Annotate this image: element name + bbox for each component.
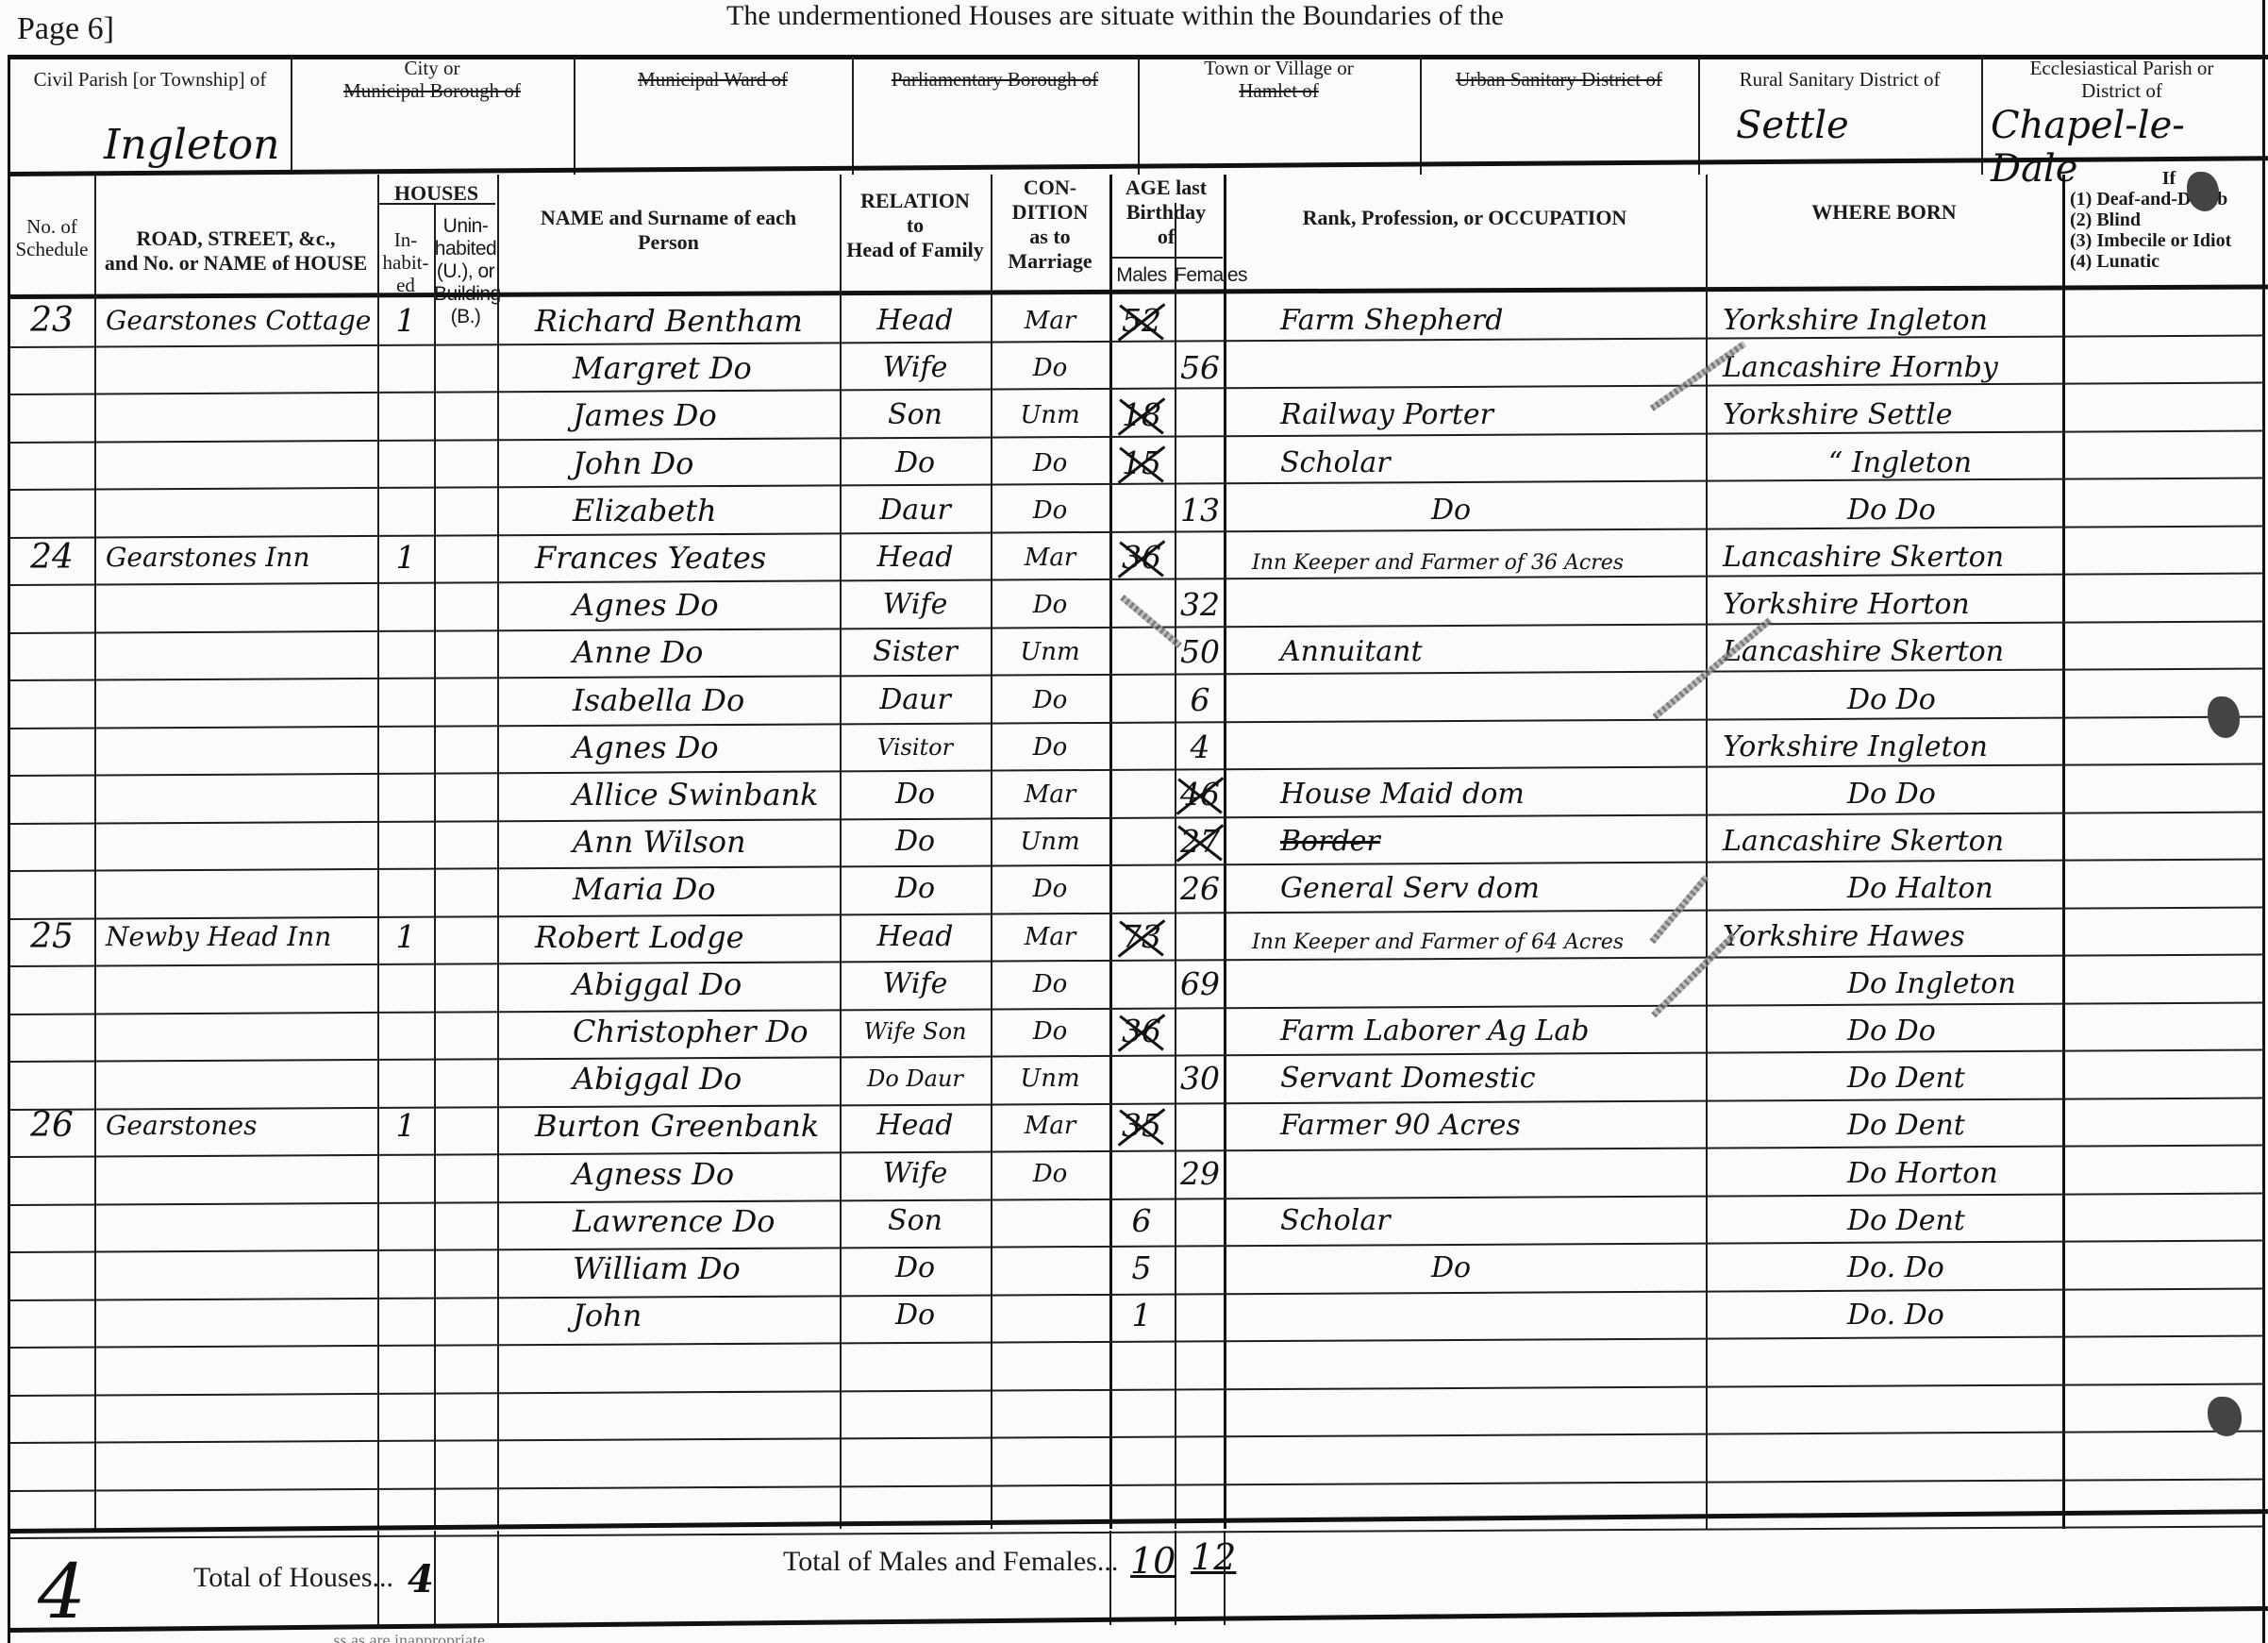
birthplace: Do Dent (1847, 1107, 1965, 1145)
col-header-where-born: WHERE BORN (1706, 200, 2062, 225)
person-name: Lawrence Do (573, 1202, 775, 1240)
district-label: Hamlet of (1138, 79, 1420, 102)
house-name: Gearstones (106, 1107, 257, 1145)
birthplace: Lancashire Skerton (1723, 539, 2004, 577)
birthplace: Do Dent (1847, 1060, 1965, 1098)
col-header-males: Males (1109, 264, 1174, 287)
marital-condition: Mar (991, 539, 1109, 577)
male-age: 15 (1109, 444, 1174, 482)
occupation: Scholar (1280, 1202, 1391, 1240)
relation-to-head: Do Daur (840, 1060, 991, 1098)
schedule-number: 24 (9, 539, 94, 577)
relation-to-head: Do (840, 1249, 991, 1287)
relation-to-head: Head (840, 918, 991, 956)
relation-to-head: Sister (840, 633, 991, 671)
birthplace: Do Dent (1847, 1202, 1965, 1240)
col-header-schedule: No. ofSchedule (9, 215, 94, 260)
col-header-relation: RELATIONtoHead of Family (840, 189, 991, 262)
totals-top-rule (8, 1509, 2268, 1534)
totals-column-rule (434, 1531, 436, 1625)
inhabited-count: 1 (377, 302, 434, 340)
birthplace: Do Do (1847, 681, 1936, 719)
birthplace: Yorkshire Ingleton (1723, 302, 1988, 340)
relation-to-head: Son (840, 1202, 991, 1240)
marital-condition: Do (991, 729, 1109, 766)
person-name: Margret Do (573, 349, 752, 387)
person-name: Allice Swinbank (573, 776, 819, 813)
person-name: James Do (573, 396, 717, 434)
col-header-females: Females (1175, 264, 1226, 287)
person-name: Agnes Do (573, 729, 719, 766)
birthplace: Do. Do (1847, 1297, 1944, 1334)
person-name: Anne Do (573, 633, 703, 671)
district-field: Rural Sanitary District of (1698, 57, 1981, 91)
male-age: 36 (1109, 1013, 1174, 1050)
district-label-top: Town or Village or (1138, 57, 1420, 79)
relation-to-head: Wife (840, 965, 991, 1003)
occupation: Annuitant (1280, 633, 1423, 671)
inhabited-count: 1 (377, 1107, 434, 1145)
male-age: 52 (1109, 302, 1174, 340)
person-name: Burton Greenbank (535, 1107, 819, 1145)
relation-to-head: Do (840, 444, 991, 482)
marital-condition: Do (991, 444, 1109, 482)
person-name: Frances Yeates (535, 539, 766, 577)
house-name: Gearstones Cottage (106, 302, 371, 340)
person-name: Agnes Do (573, 586, 719, 624)
district-label: District of (1981, 79, 2262, 102)
person-name: Elizabeth (573, 492, 717, 529)
totals-column-rule (497, 1531, 499, 1625)
birthplace: Lancashire Skerton (1723, 823, 2004, 861)
header-subrule (1109, 257, 1223, 259)
district-label-top: City or (291, 57, 574, 79)
relation-to-head: Head (840, 1107, 991, 1145)
relation-to-head: Do (840, 1297, 991, 1334)
person-name: William Do (573, 1249, 741, 1287)
birthplace: Do Ingleton (1847, 965, 2016, 1003)
person-name: John Do (573, 444, 693, 482)
occupation: Farm Shepherd (1280, 302, 1503, 340)
margin-tally-mark: 4 (38, 1548, 86, 1635)
total-females-value: 12 (1191, 1536, 1236, 1578)
marital-condition: Do (991, 586, 1109, 624)
district-field: Ecclesiastical Parish orDistrict of (1981, 57, 2262, 102)
relation-to-head: Do (840, 823, 991, 861)
marital-condition: Mar (991, 1107, 1109, 1145)
relation-to-head: Wife (840, 349, 991, 387)
marital-condition: Unm (991, 633, 1109, 671)
female-age: 27 (1175, 823, 1226, 861)
schedule-number: 25 (9, 918, 94, 956)
row-rule (9, 1430, 2262, 1444)
marital-condition: Unm (991, 396, 1109, 434)
relation-to-head: Do (840, 776, 991, 813)
occupation: Inn Keeper and Farmer of 64 Acres (1252, 924, 1624, 962)
person-name: Abiggal Do (573, 1060, 742, 1098)
page-number-label: Page 6] (17, 11, 114, 47)
person-name: Agness Do (573, 1155, 734, 1193)
person-name: Robert Lodge (535, 918, 744, 956)
col-header-inhabited: In-habit-ed (377, 228, 434, 296)
relation-to-head: Daur (840, 681, 991, 719)
relation-to-head: Do (840, 870, 991, 908)
female-age: 4 (1175, 729, 1226, 766)
relation-to-head: Wife Son (840, 1013, 991, 1050)
district-value: Ingleton (104, 121, 280, 169)
relation-to-head: Head (840, 302, 991, 340)
total-houses-value: 4 (408, 1557, 434, 1601)
birthplace: Yorkshire Horton (1723, 586, 1970, 624)
district-field: Town or Village orHamlet of (1138, 57, 1420, 102)
marital-condition: Mar (991, 302, 1109, 340)
marital-condition: Do (991, 965, 1109, 1003)
male-age: 6 (1109, 1202, 1174, 1240)
schedule-number: 26 (9, 1107, 94, 1145)
relation-to-head: Daur (840, 492, 991, 529)
district-field: Parliamentary Borough of (852, 57, 1138, 91)
totals-bottom-rule (8, 1606, 2268, 1633)
occupation: Scholar (1280, 444, 1391, 482)
house-name: Gearstones Inn (106, 539, 310, 577)
district-label: Municipal Borough of (291, 79, 574, 102)
occupation: Do (1431, 1249, 1471, 1287)
female-age: 26 (1175, 870, 1226, 908)
col-header-occupation: Rank, Profession, or OCCUPATION (1224, 206, 1706, 230)
relation-to-head: Son (840, 396, 991, 434)
relation-to-head: Wife (840, 586, 991, 624)
occupation: House Maid dom (1280, 776, 1525, 813)
total-males-value: 10 (1130, 1540, 1176, 1582)
relation-to-head: Head (840, 539, 991, 577)
person-name: Ann Wilson (573, 823, 746, 861)
district-label: Urban Sanitary District of (1420, 68, 1698, 91)
birthplace: Yorkshire Hawes (1723, 918, 1965, 956)
occupation: Border (1280, 823, 1380, 861)
female-age: 30 (1175, 1060, 1226, 1098)
person-name: Christopher Do (573, 1013, 809, 1050)
marital-condition: Do (991, 681, 1109, 719)
marital-condition: Mar (991, 776, 1109, 813)
col-header-infirmity: If(1) Deaf-and-Dumb(2) Blind(3) Imbecile… (2070, 168, 2268, 272)
male-age: 1 (1109, 1297, 1174, 1334)
male-age: 73 (1109, 918, 1174, 956)
birthplace: Do Do (1847, 1013, 1936, 1050)
marital-condition: Do (991, 1155, 1109, 1193)
marital-condition: Do (991, 492, 1109, 529)
schedule-number: 23 (9, 302, 94, 340)
col-header-road: ROAD, STREET, &c.,and No. or NAME of HOU… (94, 226, 377, 276)
inhabited-count: 1 (377, 918, 434, 956)
female-age: 6 (1175, 681, 1226, 719)
district-label: Rural Sanitary District of (1698, 68, 1981, 91)
occupation: Farmer 90 Acres (1280, 1107, 1521, 1145)
row-rule (9, 1383, 2262, 1397)
col-header-condition: CON-DITIONas toMarriage (991, 176, 1109, 274)
birthplace: Lancashire Skerton (1723, 633, 2004, 671)
person-name: John (573, 1297, 642, 1334)
female-age: 32 (1175, 586, 1226, 624)
male-age: 18 (1109, 396, 1174, 434)
birthplace: Do. Do (1847, 1249, 1944, 1287)
district-field: City orMunicipal Borough of (291, 57, 574, 102)
col-header-age: AGE lastBirthdayof (1109, 176, 1223, 249)
person-name: Maria Do (573, 870, 716, 908)
district-field: Municipal Ward of (574, 57, 852, 91)
marital-condition: Do (991, 349, 1109, 387)
birthplace: “ Ingleton (1828, 444, 1972, 482)
district-field: Civil Parish [or Township] of (9, 57, 291, 91)
female-age: 46 (1175, 776, 1226, 813)
male-age: 5 (1109, 1249, 1174, 1287)
district-label: Municipal Ward of (574, 68, 852, 91)
inhabited-count: 1 (377, 539, 434, 577)
house-name: Newby Head Inn (106, 918, 331, 956)
birthplace: Yorkshire Settle (1723, 396, 1953, 434)
female-age: 69 (1175, 965, 1226, 1003)
occupation: Do (1431, 492, 1471, 529)
totals-column-rule (1109, 1531, 1111, 1625)
female-age: 50 (1175, 633, 1226, 671)
marital-condition: Unm (991, 1060, 1109, 1098)
person-name: Isabella Do (573, 681, 744, 719)
marital-condition: Do (991, 870, 1109, 908)
district-label-top: Ecclesiastical Parish or (1981, 57, 2262, 79)
header-subrule (377, 203, 495, 205)
female-age: 56 (1175, 349, 1226, 387)
male-age: 36 (1109, 539, 1174, 577)
total-houses-label: Total of Houses... (193, 1562, 393, 1594)
district-label: Parliamentary Borough of (852, 68, 1138, 91)
relation-to-head: Visitor (840, 729, 991, 766)
footer-note: ...ss as are inappropriate. (321, 1631, 489, 1643)
marital-condition: Unm (991, 823, 1109, 861)
occupation: Servant Domestic (1280, 1060, 1536, 1098)
total-persons-label: Total of Males and Females... (783, 1546, 1118, 1578)
birthplace: Do Do (1847, 776, 1936, 813)
occupation: Farm Laborer Ag Lab (1280, 1013, 1589, 1050)
birthplace: Do Halton (1847, 870, 1993, 908)
birthplace: Do Do (1847, 492, 1936, 529)
row-rule (9, 1478, 2262, 1492)
marital-condition: Mar (991, 918, 1109, 956)
marital-condition: Do (991, 1013, 1109, 1050)
occupation: Railway Porter (1280, 396, 1493, 434)
female-age: 13 (1175, 492, 1226, 529)
birthplace: Yorkshire Ingleton (1723, 729, 1988, 766)
occupation: General Serv dom (1280, 870, 1540, 908)
col-header-name: NAME and Surname of eachPerson (497, 206, 840, 255)
occupation: Inn Keeper and Farmer of 36 Acres (1252, 545, 1624, 582)
person-name: Abiggal Do (573, 965, 742, 1003)
birthplace: Lancashire Hornby (1723, 349, 1998, 387)
district-field: Urban Sanitary District of (1420, 57, 1698, 91)
birthplace: Do Horton (1847, 1155, 1998, 1193)
district-label: Civil Parish [or Township] of (9, 68, 291, 91)
district-value: Settle (1736, 104, 1849, 147)
person-name: Richard Bentham (535, 302, 803, 340)
form-banner: The undermentioned Houses are situate wi… (726, 0, 1504, 32)
female-age: 29 (1175, 1155, 1226, 1193)
male-age: 35 (1109, 1107, 1174, 1145)
relation-to-head: Wife (840, 1155, 991, 1193)
